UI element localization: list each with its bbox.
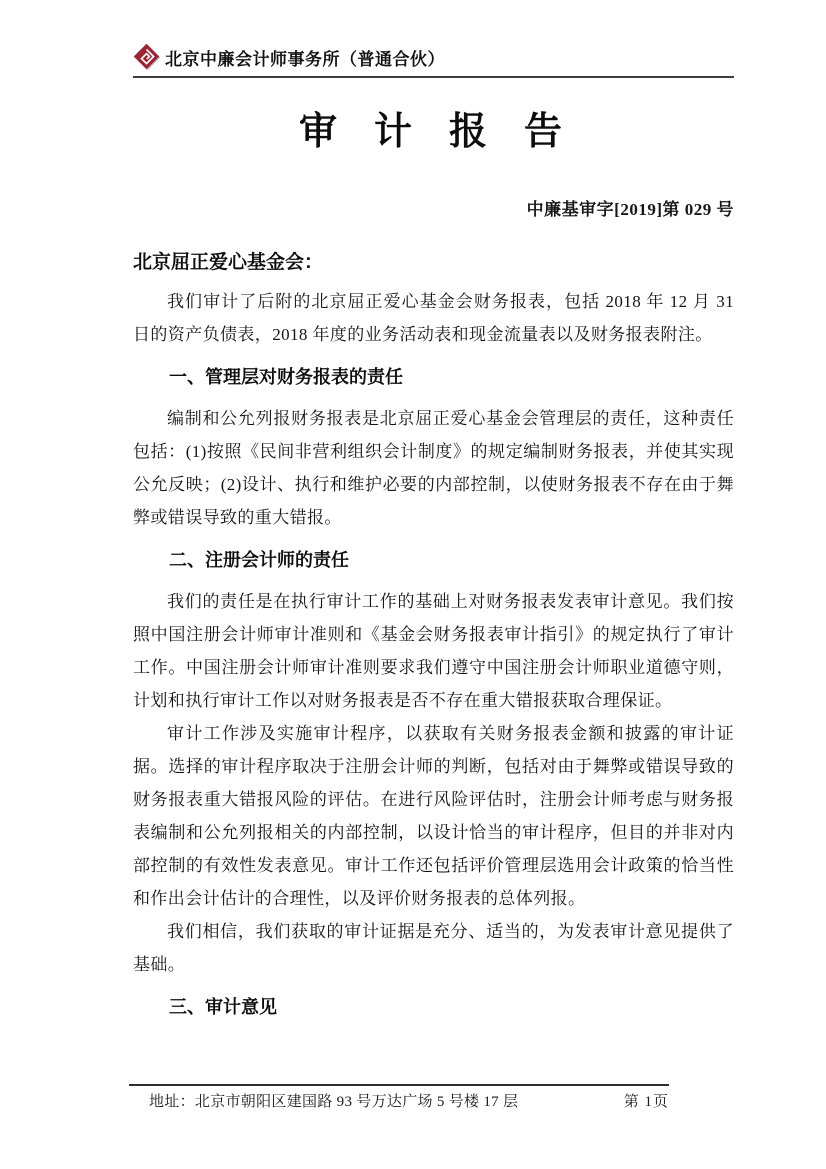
- audit-report-page: 北京中廉会计师事务所（普通合伙） 审 计 报 告 中廉基审字[2019]第 02…: [0, 0, 826, 1169]
- footer-address: 地址：北京市朝阳区建国路 93 号万达广场 5 号楼 17 层: [149, 1090, 518, 1111]
- section-heading-1: 一、管理层对财务报表的责任: [133, 365, 734, 389]
- firm-logo-icon: [133, 43, 160, 72]
- letterhead: 北京中廉会计师事务所（普通合伙）: [133, 43, 734, 78]
- page-footer: 地址：北京市朝阳区建国路 93 号万达广场 5 号楼 17 层 第 1页: [129, 1084, 669, 1111]
- paragraph-auditor-responsibility: 我们的责任是在执行审计工作的基础上对财务报表发表审计意见。我们按照中国注册会计师…: [133, 585, 734, 717]
- paragraph-audit-procedures: 审计工作涉及实施审计程序，以获取有关财务报表金额和披露的审计证据。选择的审计程序…: [133, 717, 734, 915]
- paragraph-intro: 我们审计了后附的北京屈正爱心基金会财务报表，包括 2018 年 12 月 31 …: [133, 285, 734, 351]
- firm-name: 北京中廉会计师事务所（普通合伙）: [165, 45, 445, 70]
- section-heading-3: 三、审计意见: [133, 995, 734, 1019]
- section-heading-2: 二、注册会计师的责任: [133, 548, 734, 572]
- paragraph-audit-evidence: 我们相信，我们获取的审计证据是充分、适当的，为发表审计意见提供了基础。: [133, 915, 734, 981]
- addressee: 北京屈正爱心基金会：: [133, 247, 734, 274]
- document-body: 北京中廉会计师事务所（普通合伙） 审 计 报 告 中廉基审字[2019]第 02…: [133, 0, 734, 1032]
- report-title: 审 计 报 告: [133, 100, 734, 155]
- document-number: 中廉基审字[2019]第 029 号: [133, 195, 734, 220]
- footer-page-number: 第 1页: [624, 1090, 669, 1111]
- paragraph-management-responsibility: 编制和公允列报财务报表是北京屈正爱心基金会管理层的责任，这种责任包括：(1)按照…: [133, 402, 734, 534]
